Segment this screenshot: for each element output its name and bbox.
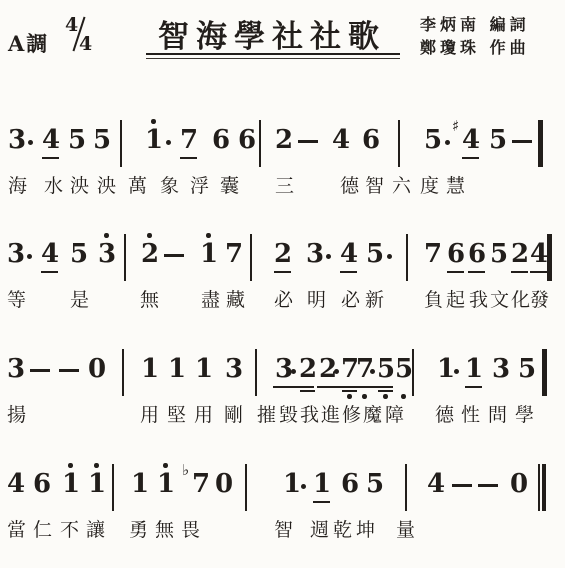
note: 4 — [42, 126, 59, 154]
lyric-char: 負 — [424, 289, 443, 311]
lyric-char: 象 — [160, 175, 179, 197]
note-digit: 2 — [274, 239, 292, 269]
beam-underline — [355, 386, 393, 388]
note-digit: 2 — [141, 239, 159, 269]
lyric-char: 仁 — [33, 519, 52, 541]
eighth-underline — [41, 271, 58, 273]
beam-underline — [273, 386, 314, 388]
credit-composer: 鄭瓊珠 作曲 — [420, 36, 530, 59]
note: 3 — [7, 240, 24, 268]
note: 4 — [7, 470, 24, 498]
note-digit: 6 — [238, 125, 256, 155]
eighth-underline — [447, 271, 464, 273]
rest-note: 0 — [88, 355, 105, 383]
eighth-underline — [180, 157, 197, 159]
note: 1 — [283, 470, 300, 498]
note-digit: 0 — [88, 354, 106, 384]
note-digit: 3 — [275, 354, 293, 384]
note-digit: 4 — [42, 125, 60, 155]
octave-dot-high — [151, 119, 156, 124]
lyric-char: 無 — [140, 289, 159, 311]
duration-dash — [30, 369, 50, 372]
accidental: ♯ — [452, 117, 459, 135]
note: 7 — [180, 126, 197, 154]
lyric-char: 智 — [365, 175, 384, 197]
note: 5 — [70, 240, 87, 268]
note: 1 — [141, 355, 158, 383]
note: 1 — [313, 470, 330, 498]
notation-line-1: 3455176624654♯5海水泱泱萬象浮囊三德智六度慧 — [0, 118, 565, 224]
time-signature-numerator: 4 — [65, 14, 78, 36]
lyric-char: 我 — [300, 404, 319, 426]
lyric-char: 藏 — [226, 289, 245, 311]
note: 4 — [332, 126, 349, 154]
note-digit: 5 — [68, 125, 86, 155]
lyric-char: 揚 — [7, 404, 26, 426]
note-digit: 4 — [340, 239, 358, 269]
note-digit: 5 — [70, 239, 88, 269]
page-title: 智海學社社歌 — [138, 11, 406, 56]
augmentation-dot — [454, 369, 459, 374]
note: 2 — [141, 240, 158, 268]
note: 5 — [490, 240, 507, 268]
lyric-char: 我 — [469, 289, 488, 311]
barline — [255, 349, 257, 396]
note-digit: 6 — [468, 239, 486, 269]
note: 7 — [424, 240, 441, 268]
note-digit: 6 — [212, 125, 230, 155]
note-digit: 5 — [424, 125, 442, 155]
lyric-char: 毀 — [279, 404, 298, 426]
lyric-char: 必 — [341, 289, 360, 311]
sixteenth-underline — [342, 390, 357, 392]
eighth-underline — [511, 271, 528, 273]
note: 1 — [145, 126, 162, 154]
note-digit: 7 — [192, 469, 210, 499]
note: 7♭ — [192, 470, 209, 498]
lyric-char: 泱 — [97, 175, 116, 197]
lyric-char: 修 — [342, 404, 361, 426]
octave-dot-high — [94, 463, 99, 468]
note-digit: 0 — [510, 469, 528, 499]
note-digit: 5 — [377, 354, 395, 384]
final-barline-thin — [538, 464, 540, 511]
barline — [245, 464, 247, 511]
note-digit: 6 — [362, 125, 380, 155]
note-digit: 6 — [447, 239, 465, 269]
note: 3 — [306, 240, 323, 268]
duration-dash — [452, 484, 472, 487]
beam-underline — [317, 386, 356, 388]
octave-dot-low — [347, 394, 352, 399]
barline — [259, 120, 261, 167]
note-digit: 1 — [195, 354, 213, 384]
sixteenth-underline — [378, 390, 393, 392]
note-digit: 2 — [299, 354, 317, 384]
note: 3 — [225, 355, 242, 383]
lyric-char: 德 — [340, 175, 359, 197]
octave-dot-low — [383, 394, 388, 399]
note-digit: 1 — [145, 125, 163, 155]
key-signature: A調 — [8, 28, 49, 58]
lyric-char: 乾 — [333, 519, 352, 541]
lyric-char: 文 — [490, 289, 509, 311]
note-digit: 1 — [283, 469, 301, 499]
note-digit: 1 — [465, 354, 483, 384]
note: 7 — [225, 240, 242, 268]
note: 2 — [275, 126, 292, 154]
barline — [120, 120, 122, 167]
note-digit: 1 — [141, 354, 159, 384]
note-digit: 4 — [7, 469, 25, 499]
lyric-char: 坤 — [356, 519, 375, 541]
note-digit: 5 — [518, 354, 536, 384]
rest-note: 0 — [215, 470, 232, 498]
note-digit: 1 — [131, 469, 149, 499]
note: 1 — [131, 470, 148, 498]
barline — [547, 234, 552, 281]
note-digit: 5 — [395, 354, 413, 384]
note: 6 — [341, 470, 358, 498]
octave-dot-high — [147, 233, 152, 238]
note-digit: 1 — [157, 469, 175, 499]
note-digit: 5 — [490, 239, 508, 269]
note: 3 — [8, 126, 25, 154]
note: 2 — [299, 355, 316, 383]
note: 1 — [157, 470, 174, 498]
lyric-char: 新 — [365, 289, 384, 311]
note: 3 — [98, 240, 115, 268]
eighth-underline — [274, 271, 291, 273]
augmentation-dot — [370, 369, 375, 374]
note-digit: 1 — [88, 469, 106, 499]
notation-line-4: 4611117♭0116540當仁不讓勇無畏智週乾坤量 — [0, 462, 565, 568]
note: 6 — [33, 470, 50, 498]
octave-dot-high — [104, 233, 109, 238]
eighth-underline — [313, 501, 330, 503]
lyric-char: 起 — [446, 289, 465, 311]
note-digit: 1 — [313, 469, 331, 499]
note: 1 — [195, 355, 212, 383]
augmentation-dot — [387, 254, 392, 259]
lyric-char: 明 — [307, 289, 326, 311]
lyric-char: 週 — [310, 519, 329, 541]
note-digit: 6 — [341, 469, 359, 499]
lyric-char: 摧 — [257, 404, 276, 426]
note: 4 — [41, 240, 58, 268]
augmentation-dot — [445, 140, 450, 145]
accidental: ♭ — [182, 461, 189, 479]
lyric-char: 畏 — [181, 519, 200, 541]
barline — [406, 234, 408, 281]
lyric-char: 剛 — [224, 404, 243, 426]
note: 2 — [319, 355, 336, 383]
augmentation-dot — [326, 254, 331, 259]
lyric-char: 堅 — [167, 404, 186, 426]
note-digit: 7 — [225, 239, 243, 269]
lyric-char: 智 — [274, 519, 293, 541]
note: 5 — [424, 126, 441, 154]
note: 5 — [68, 126, 85, 154]
octave-dot-high — [68, 463, 73, 468]
note-digit: 0 — [215, 469, 233, 499]
note-digit: 2 — [511, 239, 529, 269]
note: 3 — [275, 355, 292, 383]
duration-dash — [298, 140, 318, 143]
note: 1 — [168, 355, 185, 383]
augmentation-dot — [334, 369, 339, 374]
sixteenth-underline — [300, 390, 315, 392]
notation-line-2: 34532172345766524等是無盡藏必明必新負起我文化發 — [0, 232, 565, 338]
notation-line-3: 30111332277551135揚用堅用剛摧毀我進修魔障德性問學 — [0, 347, 565, 453]
note-digit: 7 — [424, 239, 442, 269]
note-digit: 3 — [98, 239, 116, 269]
note: 2 — [511, 240, 528, 268]
note-digit: 1 — [200, 239, 218, 269]
note-digit: 5 — [93, 125, 111, 155]
note: 5 — [377, 355, 394, 383]
credits: 李炳南 編詞 鄭瓊珠 作曲 — [420, 13, 530, 59]
lyric-char: 用 — [194, 404, 213, 426]
augmentation-dot — [27, 254, 32, 259]
note-digit: 1 — [437, 354, 455, 384]
note: 4 — [530, 240, 547, 268]
note-digit: 6 — [33, 469, 51, 499]
barline — [405, 464, 407, 511]
note-digit: 4 — [462, 125, 480, 155]
note: 4♯ — [462, 126, 479, 154]
eighth-underline — [530, 271, 547, 273]
lyric-char: 是 — [70, 289, 89, 311]
lyric-char: 量 — [396, 519, 415, 541]
note: 1 — [88, 470, 105, 498]
note: 6 — [447, 240, 464, 268]
note: 4 — [427, 470, 444, 498]
duration-dash — [59, 369, 79, 372]
octave-dot-high — [206, 233, 211, 238]
title-underline — [146, 53, 400, 59]
note-digit: 1 — [168, 354, 186, 384]
note: 6 — [212, 126, 229, 154]
lyric-char: 魔 — [363, 404, 382, 426]
lyric-char: 三 — [275, 175, 294, 197]
barline — [250, 234, 252, 281]
lyric-char: 囊 — [220, 175, 239, 197]
lyric-char: 進 — [321, 404, 340, 426]
lyric-char: 用 — [140, 404, 159, 426]
augmentation-dot — [291, 369, 296, 374]
lyric-char: 學 — [515, 404, 534, 426]
octave-dot-high — [163, 463, 168, 468]
note: 4 — [340, 240, 357, 268]
octave-dot-low — [401, 394, 406, 399]
note: 2 — [274, 240, 291, 268]
time-signature: 4 4 — [64, 14, 100, 58]
lyric-char: 勇 — [129, 519, 148, 541]
lyric-char: 水 — [44, 175, 63, 197]
lyric-char: 化 — [511, 289, 530, 311]
lyric-char: 讓 — [86, 519, 105, 541]
note: 1 — [200, 240, 217, 268]
barline — [538, 120, 543, 167]
note: 6 — [362, 126, 379, 154]
barline — [542, 349, 547, 396]
note-digit: 5 — [366, 239, 384, 269]
lyric-char: 性 — [461, 404, 480, 426]
eighth-underline — [462, 157, 479, 159]
eighth-underline — [468, 271, 485, 273]
lyric-char: 萬 — [128, 175, 147, 197]
lyric-char: 當 — [7, 519, 26, 541]
note: 5 — [366, 240, 383, 268]
lyric-char: 盡 — [201, 289, 220, 311]
note-digit: 1 — [62, 469, 80, 499]
note-digit: 2 — [275, 125, 293, 155]
note-digit: 3 — [7, 239, 25, 269]
octave-dot-low — [362, 394, 367, 399]
duration-dash — [478, 484, 498, 487]
note-digit: 4 — [332, 125, 350, 155]
note: 3 — [7, 355, 24, 383]
lyric-char: 度 — [420, 175, 439, 197]
note: 1 — [62, 470, 79, 498]
lyric-char: 海 — [8, 175, 27, 197]
lyric-char: 發 — [530, 289, 549, 311]
augmentation-dot — [301, 484, 306, 489]
barline — [398, 120, 400, 167]
note-digit: 3 — [7, 354, 25, 384]
lyric-char: 必 — [274, 289, 293, 311]
note-digit: 3 — [492, 354, 510, 384]
lyric-char: 六 — [392, 175, 411, 197]
note: 1 — [465, 355, 482, 383]
eighth-underline — [340, 271, 357, 273]
eighth-underline — [42, 157, 59, 159]
note: 6 — [468, 240, 485, 268]
final-barline-thick — [542, 464, 546, 511]
note-digit: 3 — [225, 354, 243, 384]
lyric-char: 浮 — [190, 175, 209, 197]
duration-dash — [164, 254, 184, 257]
eighth-underline — [465, 386, 482, 388]
note-digit: 5 — [489, 125, 507, 155]
barline — [124, 234, 126, 281]
note-digit: 5 — [366, 469, 384, 499]
rest-note: 0 — [510, 470, 527, 498]
augmentation-dot — [166, 140, 171, 145]
note-digit: 3 — [8, 125, 26, 155]
lyric-char: 問 — [488, 404, 507, 426]
barline — [122, 349, 124, 396]
note-digit: 7 — [180, 125, 198, 155]
lyric-char: 不 — [60, 519, 79, 541]
note: 5 — [489, 126, 506, 154]
lyric-char: 泱 — [70, 175, 89, 197]
note: 5 — [93, 126, 110, 154]
note-digit: 4 — [530, 239, 548, 269]
note: 6 — [238, 126, 255, 154]
barline — [412, 349, 414, 396]
note: 5 — [518, 355, 535, 383]
note-digit: 4 — [427, 469, 445, 499]
credit-lyricist: 李炳南 編詞 — [420, 13, 530, 36]
barline — [112, 464, 114, 511]
note: 1 — [437, 355, 454, 383]
time-signature-denominator: 4 — [79, 33, 92, 55]
duration-dash — [512, 140, 532, 143]
lyric-char: 等 — [7, 289, 26, 311]
note: 3 — [492, 355, 509, 383]
note-digit: 4 — [41, 239, 59, 269]
note: 5 — [395, 355, 412, 383]
music-sheet: A調 4 4 智海學社社歌 李炳南 編詞 鄭瓊珠 作曲 345517662465… — [0, 0, 565, 568]
note: 5 — [366, 470, 383, 498]
note-digit: 3 — [306, 239, 324, 269]
lyric-char: 無 — [155, 519, 174, 541]
lyric-char: 障 — [385, 404, 404, 426]
lyric-char: 德 — [435, 404, 454, 426]
lyric-char: 慧 — [446, 175, 465, 197]
augmentation-dot — [28, 140, 33, 145]
